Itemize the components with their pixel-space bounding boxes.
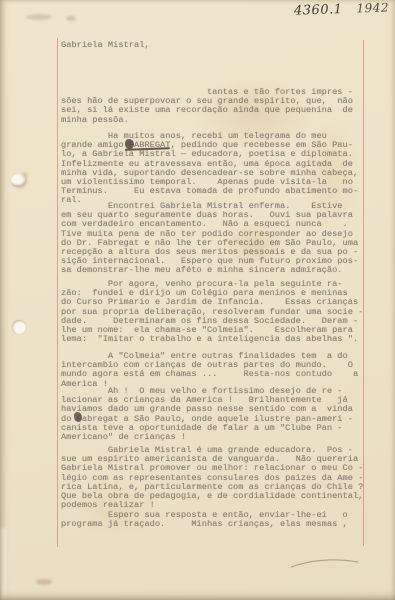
paragraph-7: Gabriela Mistral é uma grande educadora.… — [61, 446, 363, 510]
paragraph-3: Encontrei Gabriela Mistral enferma. Esti… — [61, 202, 358, 276]
smudge-mark — [26, 14, 52, 20]
paragraph-6: Ah ! O meu velho e fortissimo desejo de … — [61, 387, 353, 442]
salutation: Gabriela Mistral, — [61, 41, 150, 50]
paper-edge-highlight — [0, 528, 6, 600]
smudge-mark — [36, 579, 52, 585]
smudge-mark — [66, 16, 76, 21]
letter-page: 4360.11942 Gabriela Mistral, tantas e tã… — [0, 0, 395, 600]
punch-hole-bottom — [12, 320, 26, 334]
catalog-number: 4360.1 — [294, 2, 343, 19]
paragraph-5: A "Colmeia" entre outras finalidades tem… — [61, 352, 358, 389]
year-annotation: 1942 — [356, 0, 389, 15]
paragraph-2: Ha muitos anos, recebi um telegrama do m… — [61, 132, 358, 206]
punch-hole-top — [11, 174, 26, 187]
left-margin-rule — [57, 38, 58, 547]
archival-annotation: 4360.11942 — [294, 0, 394, 18]
pencil-curve-mark — [288, 553, 362, 573]
paragraph-1: tantas e tão fortes impres - sões hão de… — [61, 88, 353, 125]
paragraph-4: Por agora, venho procura-la pela seguint… — [61, 280, 363, 344]
paragraph-8: Espero sua resposta e então, enviar-lhe-… — [61, 511, 348, 529]
